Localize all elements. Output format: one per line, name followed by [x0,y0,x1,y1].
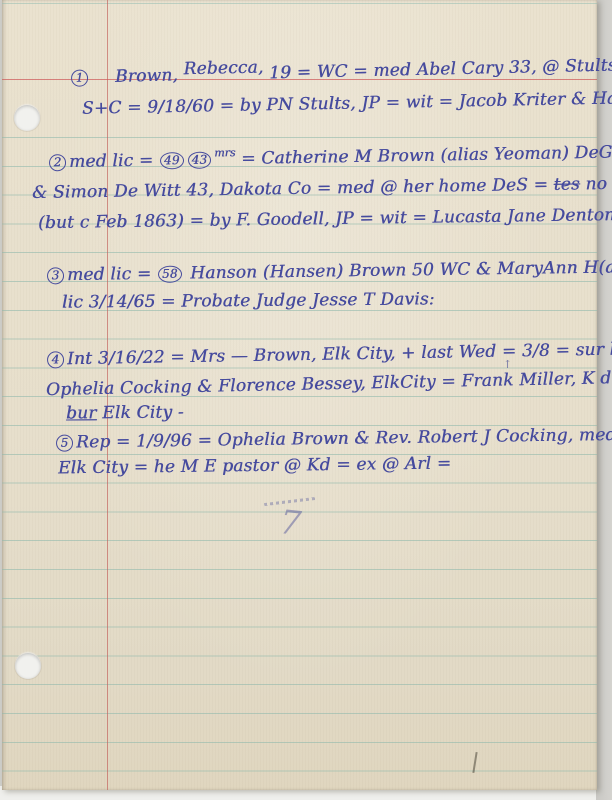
hole-punch [14,105,40,131]
handwriting-segment: no date = [580,173,612,194]
circled-number: 5 [56,435,73,452]
circled-number: 43 [187,152,211,169]
handwriting-segment: S+C = 9/18/60 = by PN Stults, JP = wit =… [82,87,612,119]
circled-number: 3 [47,267,64,284]
desk-surface-right [596,0,612,800]
handwriting-segment: lic 3/14/65 = Probate Judge Jesse T Davi… [62,289,435,312]
handwriting-segment [91,82,115,83]
handwriting-segment: Rebecca, [183,57,263,79]
circled-number: 58 [158,266,182,283]
circled-number: 1 [71,69,88,86]
handwriting-segment: med lic = [67,264,157,285]
notebook-page: 1Brown, Rebecca, 19 = WC = med Abel Cary… [2,0,597,790]
insertion-caret-mark: ↑ [503,358,512,371]
handwritten-line: S+C = 9/18/60 = by PN Stults, JP = wit =… [82,87,612,120]
handwriting-segment: bur [66,403,97,423]
circled-number: 2 [49,154,66,171]
handwriting-segment: mrs [214,146,236,159]
ruled-line-top [2,3,597,4]
stray-ink-mark: 7 [278,502,303,543]
handwritten-line: lic 3/14/65 = Probate Judge Jesse T Davi… [62,289,435,313]
circled-number: 49 [160,152,184,169]
hole-punch [15,653,41,679]
handwritten-line: bur Elk City - [66,402,184,424]
handwriting-segment: Elk City = he M E pastor @ Kd = ex @ Arl… [58,454,451,479]
handwritten-line: 1Brown, Rebecca, 19 = WC = med Abel Cary… [70,54,612,89]
handwriting-segment: med lic = [69,150,159,172]
handwriting-segment: Brown, [115,65,184,87]
handwriting-segment: Elk City - [96,402,183,423]
handwriting-segment: tes [553,174,580,194]
circled-number: 4 [47,351,64,368]
